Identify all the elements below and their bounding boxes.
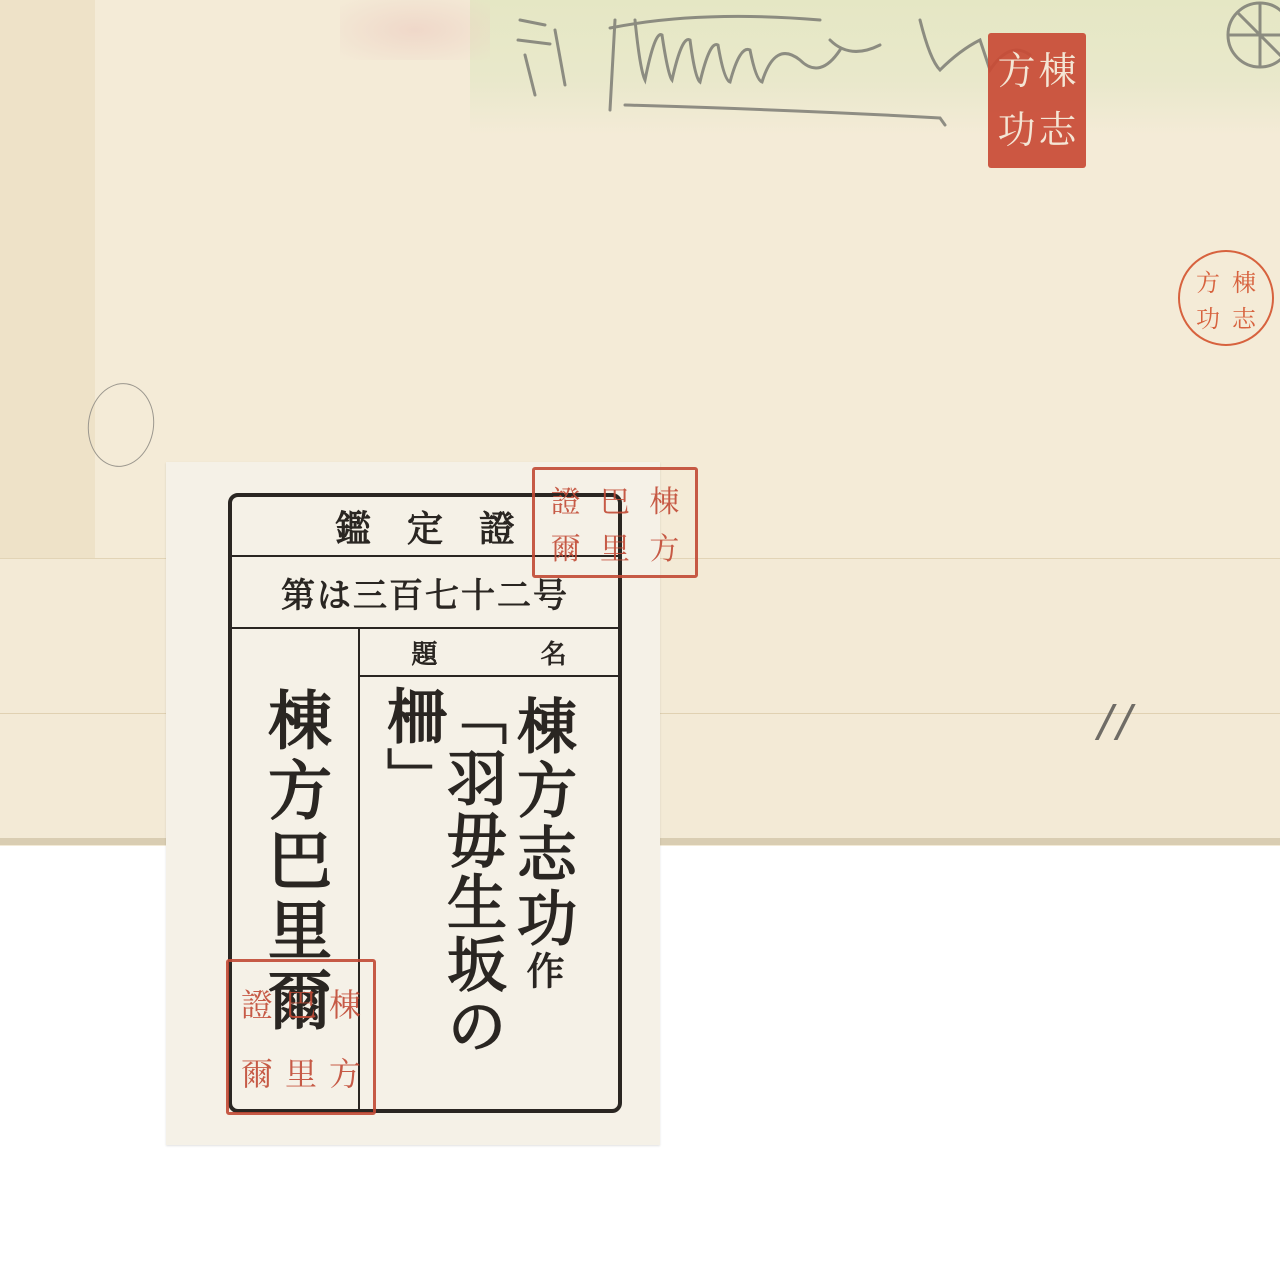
certifier-seal-top: 棟 巴 證 方 里 爾 (532, 467, 698, 578)
certificate-frame: 鑑定證 第は三百七十二号 題 名 棟方巴里爾 「羽毋生坂の柵」 棟方志功作 棟 … (228, 493, 622, 1113)
certificate-label: 鑑定證 第は三百七十二号 題 名 棟方巴里爾 「羽毋生坂の柵」 棟方志功作 棟 … (166, 462, 660, 1145)
seal-char: 棟 (323, 968, 367, 1037)
seal-char: 巴 (590, 476, 639, 523)
seal-char: 里 (590, 523, 639, 570)
seal-char: 方 (640, 523, 689, 570)
seal-char: 里 (279, 1037, 323, 1106)
pencil-signature (500, 0, 1280, 140)
seal-char: 證 (235, 968, 279, 1037)
artist-square-seal: 棟 方 志 功 (988, 33, 1086, 168)
title-header: 題 名 (360, 629, 618, 677)
seal-char: 志 (1037, 101, 1078, 161)
seal-char: 棟 (1037, 41, 1078, 101)
header-char-left: 題 (411, 634, 437, 671)
seal-char: 方 (1190, 262, 1226, 298)
seal-char: 志 (1226, 298, 1262, 334)
seal-char: 棟 (1226, 262, 1262, 298)
author-suffix: 作 (520, 951, 565, 993)
artwork-title: 「羽毋生坂の柵」 (382, 685, 502, 1109)
author-line: 棟方志功作 (512, 695, 572, 993)
seal-char: 巴 (279, 968, 323, 1037)
author-name: 棟方志功 (507, 695, 577, 951)
certifier-seal-bottom: 棟 巴 證 方 里 爾 (226, 959, 376, 1115)
seal-char: 證 (541, 476, 590, 523)
pink-wash-area (340, 0, 490, 60)
seal-char: 棟 (640, 476, 689, 523)
header-char-right: 名 (540, 634, 566, 671)
seal-char: 方 (323, 1037, 367, 1106)
seal-char: 方 (996, 41, 1037, 101)
seal-char: 爾 (541, 523, 590, 570)
seal-char: 功 (996, 101, 1037, 161)
seal-char: 功 (1190, 298, 1226, 334)
pencil-tick-mark: // (1098, 696, 1136, 747)
seal-char: 爾 (235, 1037, 279, 1106)
artist-round-seal: 棟 方 志 功 (1178, 250, 1274, 346)
